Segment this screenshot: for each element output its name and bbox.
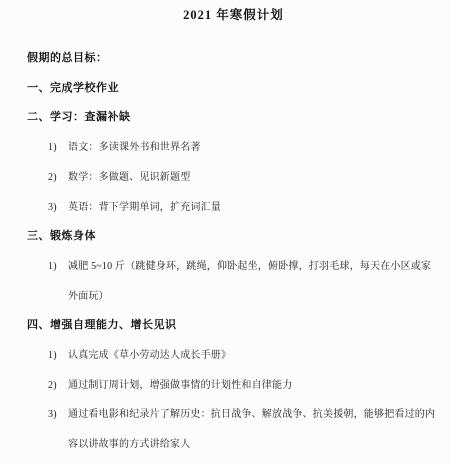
section-heading-text: 锻炼身体 bbox=[50, 222, 96, 252]
list-item: 3) 英语：背下学期单词，扩充词汇量 bbox=[48, 193, 440, 223]
list-item: 2) 通过制订周计划，增强做事情的计划性和自律能力 bbox=[48, 371, 440, 401]
goal-heading: 假期的总目标： bbox=[27, 44, 440, 74]
item-text: 语文：多读课外书和世界名著 bbox=[68, 133, 440, 163]
section-number: 一、 bbox=[27, 74, 50, 104]
item-text: 减肥 5~10 斤（跳健身环，跳绳，仰卧起坐，俯卧撑，打羽毛球，每天在小区或家外… bbox=[68, 252, 440, 311]
section-item-list: 1) 认真完成《草小劳动达人成长手册》 2) 通过制订周计划，增强做事情的计划性… bbox=[27, 341, 440, 460]
item-number: 3) bbox=[48, 193, 68, 223]
section-3: 三、 锻炼身体 1) 减肥 5~10 斤（跳健身环，跳绳，仰卧起坐，俯卧撑，打羽… bbox=[27, 222, 440, 311]
list-item: 1) 认真完成《草小劳动达人成长手册》 bbox=[48, 341, 440, 371]
list-item: 2) 数学：多做题、见识新题型 bbox=[48, 163, 440, 193]
section-1: 一、 完成学校作业 bbox=[27, 74, 440, 104]
item-number: 2) bbox=[48, 371, 68, 401]
section-heading: 四、 增强自理能力、增长见识 bbox=[27, 311, 440, 341]
section-heading-text: 完成学校作业 bbox=[50, 74, 119, 104]
section-heading: 二、 学习：查漏补缺 bbox=[27, 103, 440, 133]
list-item: 1) 减肥 5~10 斤（跳健身环，跳绳，仰卧起坐，俯卧撑，打羽毛球，每天在小区… bbox=[48, 252, 440, 311]
list-item: 3) 通过看电影和纪录片了解历史：抗日战争、解放战争、抗美援朝，能够把看过的内容… bbox=[48, 400, 440, 459]
item-number: 1) bbox=[48, 252, 68, 311]
item-text: 数学：多做题、见识新题型 bbox=[68, 163, 440, 193]
section-4: 四、 增强自理能力、增长见识 1) 认真完成《草小劳动达人成长手册》 2) 通过… bbox=[27, 311, 440, 460]
section-heading: 一、 完成学校作业 bbox=[27, 74, 440, 104]
item-text: 通过看电影和纪录片了解历史：抗日战争、解放战争、抗美援朝，能够把看过的内容以讲故… bbox=[68, 400, 440, 459]
section-heading-text: 学习：查漏补缺 bbox=[50, 103, 131, 133]
section-2: 二、 学习：查漏补缺 1) 语文：多读课外书和世界名著 2) 数学：多做题、见识… bbox=[27, 103, 440, 222]
item-text: 通过制订周计划，增强做事情的计划性和自律能力 bbox=[68, 371, 440, 401]
item-text: 认真完成《草小劳动达人成长手册》 bbox=[68, 341, 440, 371]
section-heading-text: 增强自理能力、增长见识 bbox=[50, 311, 177, 341]
section-item-list: 1) 语文：多读课外书和世界名著 2) 数学：多做题、见识新题型 3) 英语：背… bbox=[27, 133, 440, 222]
document-page: 2021 年寒假计划 假期的总目标： 一、 完成学校作业 二、 学习：查漏补缺 … bbox=[0, 0, 450, 465]
list-item: 1) 语文：多读课外书和世界名著 bbox=[48, 133, 440, 163]
section-number: 三、 bbox=[27, 222, 50, 252]
item-text: 英语：背下学期单词，扩充词汇量 bbox=[68, 193, 440, 223]
document-title: 2021 年寒假计划 bbox=[27, 4, 440, 26]
item-number: 1) bbox=[48, 133, 68, 163]
item-number: 3) bbox=[48, 400, 68, 459]
section-number: 二、 bbox=[27, 103, 50, 133]
section-item-list: 1) 减肥 5~10 斤（跳健身环，跳绳，仰卧起坐，俯卧撑，打羽毛球，每天在小区… bbox=[27, 252, 440, 311]
item-number: 2) bbox=[48, 163, 68, 193]
item-number: 1) bbox=[48, 341, 68, 371]
section-heading: 三、 锻炼身体 bbox=[27, 222, 440, 252]
section-number: 四、 bbox=[27, 311, 50, 341]
